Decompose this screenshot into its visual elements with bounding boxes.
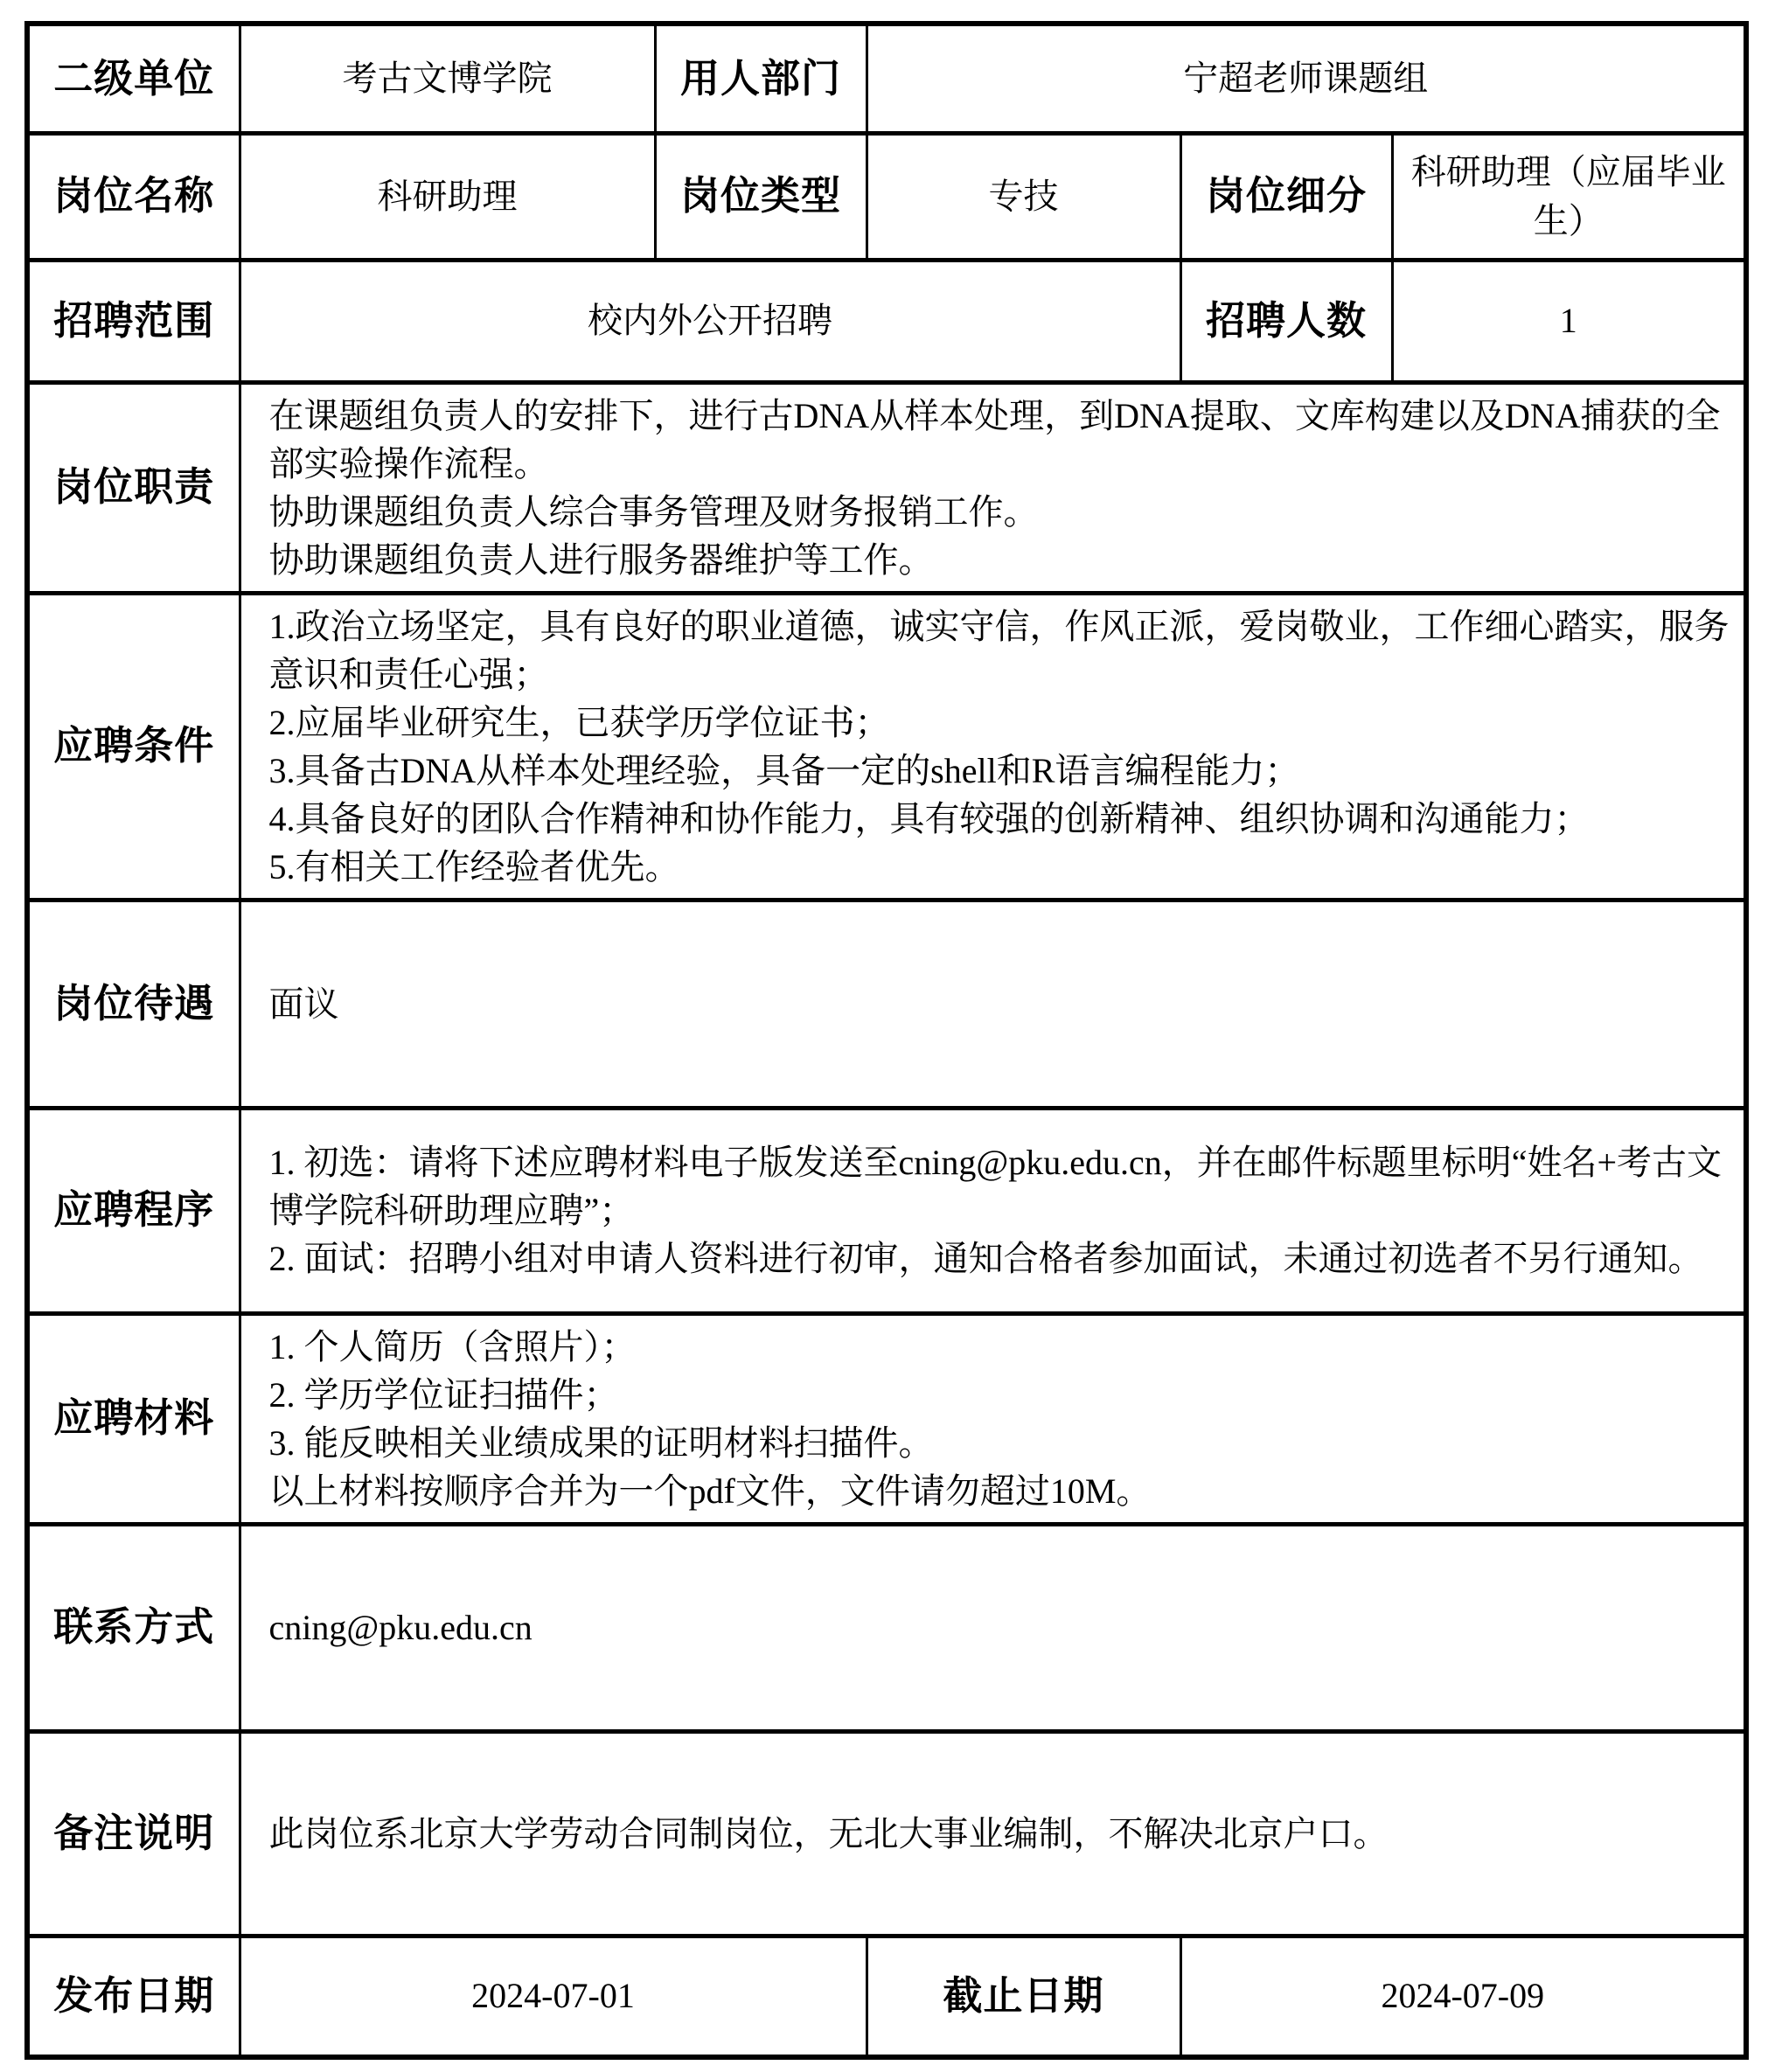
requirements-label: 应聘条件 bbox=[27, 593, 240, 900]
table-row: 岗位职责 在课题组负责人的安排下，进行古DNA从样本处理，到DNA提取、文库构建… bbox=[27, 382, 1746, 593]
position-name-label: 岗位名称 bbox=[27, 133, 240, 260]
job-posting-table: 二级单位 考古文博学院 用人部门 宁超老师课题组 岗位名称 科研助理 岗位类型 … bbox=[24, 21, 1749, 2060]
headcount-value: 1 bbox=[1392, 260, 1746, 382]
salary-value: 面议 bbox=[240, 900, 1746, 1108]
page: { "page": { "background": "#ffffff", "bo… bbox=[0, 0, 1768, 2072]
unit-label: 二级单位 bbox=[27, 24, 240, 133]
table-row: 备注说明 此岗位系北京大学劳动合同制岗位，无北大事业编制，不解决北京户口。 bbox=[27, 1731, 1746, 1936]
table-row: 招聘范围 校内外公开招聘 招聘人数 1 bbox=[27, 260, 1746, 382]
headcount-label: 招聘人数 bbox=[1180, 260, 1392, 382]
salary-label: 岗位待遇 bbox=[27, 900, 240, 1108]
table-row: 应聘条件 1.政治立场坚定，具有良好的职业道德，诚实守信，作风正派，爱岗敬业，工… bbox=[27, 593, 1746, 900]
duties-label: 岗位职责 bbox=[27, 382, 240, 593]
position-subtype-value: 科研助理（应届毕业生） bbox=[1392, 133, 1746, 260]
position-subtype-label: 岗位细分 bbox=[1180, 133, 1392, 260]
requirements-value: 1.政治立场坚定，具有良好的职业道德，诚实守信，作风正派，爱岗敬业，工作细心踏实… bbox=[240, 593, 1746, 900]
materials-label: 应聘材料 bbox=[27, 1313, 240, 1524]
contact-label: 联系方式 bbox=[27, 1524, 240, 1731]
remarks-value: 此岗位系北京大学劳动合同制岗位，无北大事业编制，不解决北京户口。 bbox=[240, 1731, 1746, 1936]
duties-value: 在课题组负责人的安排下，进行古DNA从样本处理，到DNA提取、文库构建以及DNA… bbox=[240, 382, 1746, 593]
table-row: 应聘程序 1. 初选：请将下述应聘材料电子版发送至cning@pku.edu.c… bbox=[27, 1108, 1746, 1313]
publish-date-value: 2024-07-01 bbox=[240, 1936, 867, 2057]
department-value: 宁超老师课题组 bbox=[867, 24, 1746, 133]
table-row: 岗位名称 科研助理 岗位类型 专技 岗位细分 科研助理（应届毕业生） bbox=[27, 133, 1746, 260]
unit-value: 考古文博学院 bbox=[240, 24, 655, 133]
department-label: 用人部门 bbox=[655, 24, 867, 133]
recruit-scope-value: 校内外公开招聘 bbox=[240, 260, 1180, 382]
publish-date-label: 发布日期 bbox=[27, 1936, 240, 2057]
recruit-scope-label: 招聘范围 bbox=[27, 260, 240, 382]
contact-value: cning@pku.edu.cn bbox=[240, 1524, 1746, 1731]
table-row: 岗位待遇 面议 bbox=[27, 900, 1746, 1108]
table-row: 应聘材料 1. 个人简历（含照片）；2. 学历学位证扫描件；3. 能反映相关业绩… bbox=[27, 1313, 1746, 1524]
procedure-value: 1. 初选：请将下述应聘材料电子版发送至cning@pku.edu.cn，并在邮… bbox=[240, 1108, 1746, 1313]
table-row: 二级单位 考古文博学院 用人部门 宁超老师课题组 bbox=[27, 24, 1746, 133]
table-row: 联系方式 cning@pku.edu.cn bbox=[27, 1524, 1746, 1731]
position-name-value: 科研助理 bbox=[240, 133, 655, 260]
table-row: 发布日期 2024-07-01 截止日期 2024-07-09 bbox=[27, 1936, 1746, 2057]
materials-value: 1. 个人简历（含照片）；2. 学历学位证扫描件；3. 能反映相关业绩成果的证明… bbox=[240, 1313, 1746, 1524]
deadline-label: 截止日期 bbox=[867, 1936, 1180, 2057]
position-type-value: 专技 bbox=[867, 133, 1180, 260]
position-type-label: 岗位类型 bbox=[655, 133, 867, 260]
procedure-label: 应聘程序 bbox=[27, 1108, 240, 1313]
remarks-label: 备注说明 bbox=[27, 1731, 240, 1936]
deadline-value: 2024-07-09 bbox=[1180, 1936, 1746, 2057]
